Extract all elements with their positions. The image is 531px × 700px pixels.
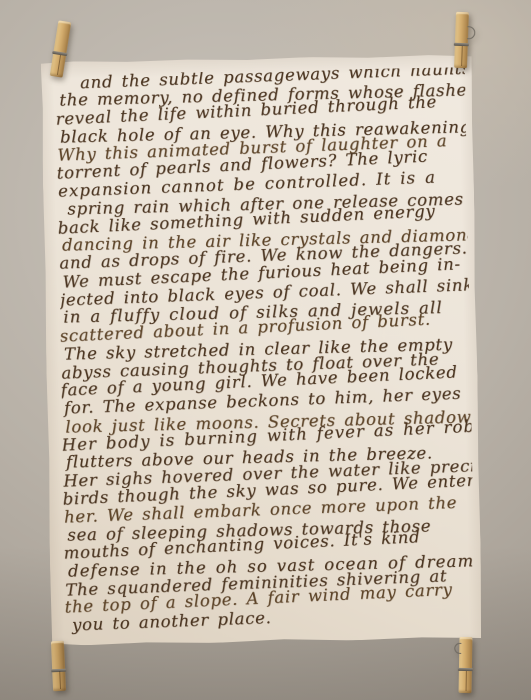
clothespin-bottom-right [459,637,473,693]
wire-hook-icon [467,26,475,39]
clothespin-bottom-left [51,641,66,692]
handwriting-text-block: and the subtle passageways which haunts … [56,67,475,637]
wire-spring-icon [454,643,461,654]
photo-of-handwritten-page: { "photo": { "handwritten_page": { "line… [0,0,531,700]
clothespin-top-right [454,12,469,68]
handwritten-page: and the subtle passageways which haunts … [41,54,483,646]
